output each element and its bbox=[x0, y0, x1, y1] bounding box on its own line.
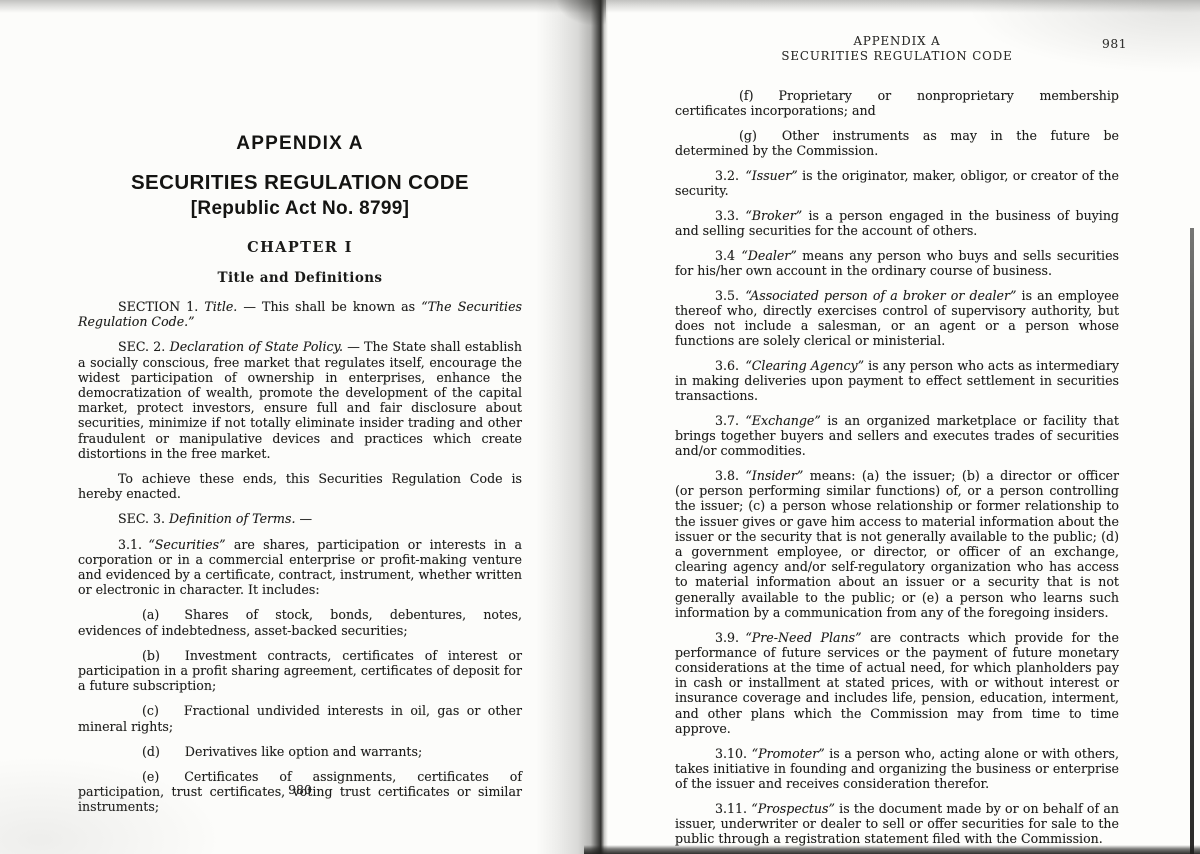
defined-term-italic: “Issuer” bbox=[745, 168, 797, 183]
body-text-run: 3.2. bbox=[715, 168, 745, 183]
body-text-run: 3.7. bbox=[715, 413, 745, 428]
list-item-label: (f) bbox=[739, 88, 779, 103]
term-3-6-clearing-agency: 3.6. “Clearing Agency” is any person who… bbox=[675, 358, 1119, 404]
enactment-clause: To achieve these ends, this Securities R… bbox=[78, 471, 522, 501]
page-left: APPENDIX A SECURITIES REGULATION CODE [R… bbox=[0, 0, 596, 854]
item-d-derivatives: (d)Derivatives like option and warrants; bbox=[78, 744, 522, 759]
defined-term-italic: “Pre-Need Plans” bbox=[745, 630, 861, 645]
chapter-heading: CHAPTER I bbox=[78, 239, 522, 256]
body-text-run: 3.1. bbox=[118, 537, 148, 552]
page-number-left: 980 bbox=[78, 782, 522, 797]
term-3-9-pre-need-plans: 3.9. “Pre-Need Plans” are contracts whic… bbox=[675, 630, 1119, 736]
body-text-run: SEC. 3. bbox=[118, 511, 169, 526]
defined-term-italic: “Associated person of a broker or dealer… bbox=[745, 288, 1016, 303]
code-title: SECURITIES REGULATION CODE bbox=[78, 171, 522, 195]
republic-act-subtitle: [Republic Act No. 8799] bbox=[78, 198, 522, 220]
body-text-run: SEC. 2. bbox=[118, 339, 170, 354]
body-text-run: To achieve these ends, this Securities R… bbox=[78, 471, 522, 501]
defined-term-italic: “Clearing Agency” bbox=[745, 358, 864, 373]
body-text-run: 3.10. bbox=[715, 746, 752, 761]
list-item-label: (g) bbox=[739, 128, 782, 143]
running-header-line2: SECURITIES REGULATION CODE bbox=[675, 49, 1119, 64]
body-text-run: 3.6. bbox=[715, 358, 745, 373]
page-right: APPENDIX A SECURITIES REGULATION CODE 98… bbox=[606, 0, 1200, 854]
body-text-run: means: (a) the issuer; (b) a director or… bbox=[675, 468, 1119, 620]
sec-3-definition-of-terms: SEC. 3. Definition of Terms. — bbox=[78, 511, 522, 526]
list-item-label: (d) bbox=[142, 744, 185, 759]
right-page-body: (f)Proprietary or nonproprietary members… bbox=[675, 88, 1119, 854]
item-g-other-instruments: (g)Other instruments as may in the futur… bbox=[675, 128, 1119, 158]
defined-term-italic: “Prospectus” bbox=[751, 801, 835, 816]
left-page-body: SECTION 1. Title. — This shall be known … bbox=[78, 299, 522, 815]
term-3-4-dealer: 3.4 “Dealer” means any person who buys a… bbox=[675, 248, 1119, 278]
term-3-7-exchange: 3.7. “Exchange” is an organized marketpl… bbox=[675, 413, 1119, 459]
term-3-1-securities: 3.1. “Securities” are shares, participat… bbox=[78, 537, 522, 598]
sec-2-declaration-of-state-policy: SEC. 2. Declaration of State Policy. — T… bbox=[78, 339, 522, 461]
defined-term-italic: Definition of Terms. bbox=[169, 511, 295, 526]
body-text-run: are contracts which provide for the perf… bbox=[675, 630, 1119, 736]
item-c-fractional-interests: (c)Fractional undivided interests in oil… bbox=[78, 703, 522, 733]
defined-term-italic: Declaration of State Policy. bbox=[170, 339, 343, 354]
body-text-run: 3.5. bbox=[715, 288, 745, 303]
term-3-8-insider: 3.8. “Insider” means: (a) the issuer; (b… bbox=[675, 468, 1119, 620]
term-3-3-broker: 3.3. “Broker” is a person engaged in the… bbox=[675, 208, 1119, 238]
defined-term-italic: “Exchange” bbox=[745, 413, 820, 428]
term-3-11-prospectus: 3.11. “Prospectus” is the document made … bbox=[675, 801, 1119, 847]
body-text-run: — This shall be known as bbox=[237, 299, 421, 314]
scanned-book-spread: APPENDIX A SECURITIES REGULATION CODE [R… bbox=[0, 0, 1200, 854]
body-text-run: Derivatives like option and warrants; bbox=[185, 744, 422, 759]
body-text-run: 3.11. bbox=[715, 801, 751, 816]
left-page-content: APPENDIX A SECURITIES REGULATION CODE [R… bbox=[78, 0, 522, 825]
body-text-run: 3.8. bbox=[715, 468, 745, 483]
chapter-subheading: Title and Definitions bbox=[78, 270, 522, 286]
defined-term-italic: “Insider” bbox=[745, 468, 803, 483]
body-text-run: 3.9. bbox=[715, 630, 745, 645]
list-item-label: (a) bbox=[142, 607, 184, 622]
page-number-right: 981 bbox=[1102, 37, 1127, 51]
body-text-run: SECTION 1. bbox=[118, 299, 204, 314]
defined-term-italic: Title. bbox=[204, 299, 237, 314]
body-text-run: — The State shall establish a socially c… bbox=[78, 339, 522, 460]
section-1-title: SECTION 1. Title. — This shall be known … bbox=[78, 299, 522, 329]
appendix-title: APPENDIX A bbox=[78, 133, 522, 155]
defined-term-italic: “Securities” bbox=[148, 537, 225, 552]
defined-term-italic: “Broker” bbox=[745, 208, 802, 223]
body-text-run: 3.4 bbox=[715, 248, 741, 263]
defined-term-italic: “Promoter” bbox=[752, 746, 825, 761]
running-header-line1: APPENDIX A bbox=[675, 34, 1119, 49]
body-text-run: — bbox=[295, 511, 312, 526]
item-b-investment-contracts: (b)Investment contracts, certificates of… bbox=[78, 648, 522, 694]
term-3-2-issuer: 3.2. “Issuer” is the originator, maker, … bbox=[675, 168, 1119, 198]
item-a-shares-of-stock: (a)Shares of stock, bonds, debentures, n… bbox=[78, 607, 522, 637]
term-3-5-associated-person: 3.5. “Associated person of a broker or d… bbox=[675, 288, 1119, 349]
body-text-run: 3.3. bbox=[715, 208, 745, 223]
list-item-label: (c) bbox=[142, 703, 184, 718]
list-item-label: (b) bbox=[142, 648, 185, 663]
defined-term-italic: “Dealer” bbox=[741, 248, 796, 263]
term-3-10-promoter: 3.10. “Promoter” is a person who, acting… bbox=[675, 746, 1119, 792]
running-header: APPENDIX A SECURITIES REGULATION CODE bbox=[675, 34, 1119, 63]
item-f-membership-certificates: (f)Proprietary or nonproprietary members… bbox=[675, 88, 1119, 118]
